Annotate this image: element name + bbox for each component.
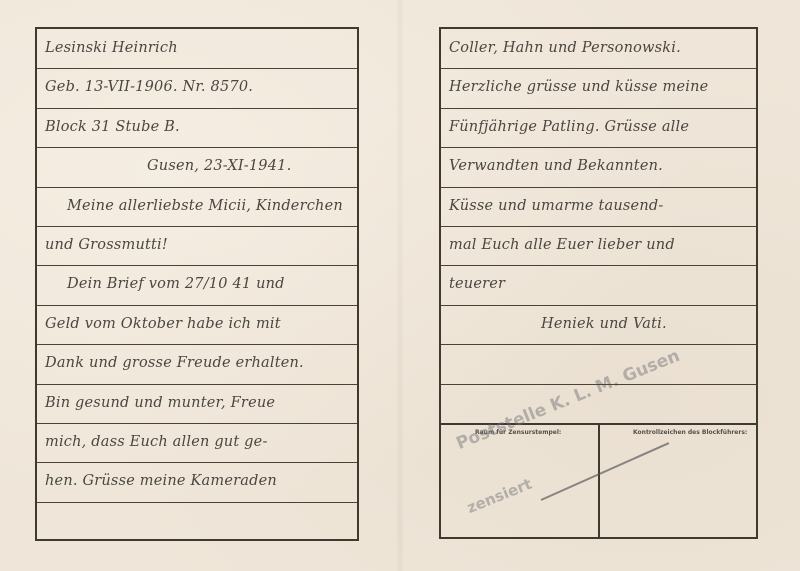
left-handwritten-line: hen. Grüsse meine Kameraden bbox=[37, 462, 357, 501]
left-handwritten-line: Dank und grosse Freude erhalten. bbox=[37, 344, 357, 383]
right-handwritten-line: teuerer bbox=[441, 265, 756, 304]
right-handwritten-line: Coller, Hahn und Personowski. bbox=[441, 29, 756, 68]
right-handwritten-line bbox=[441, 384, 756, 423]
censor-pen-stroke bbox=[541, 442, 670, 501]
block-leader-mark-label: Kontrollzeichen des Blockführers: bbox=[633, 429, 747, 436]
right-handwritten-line: Fünfjährige Patling. Grüsse alle bbox=[441, 108, 756, 147]
right-handwritten-line: Heniek und Vati. bbox=[441, 305, 756, 344]
left-handwritten-line: Gusen, 23-XI-1941. bbox=[37, 147, 357, 186]
right-handwritten-line: Herzliche grüsse und küsse meine bbox=[441, 68, 756, 107]
right-handwritten-line bbox=[441, 344, 756, 383]
censor-stamp-zensiert: zensiert bbox=[464, 475, 534, 517]
censor-box-vertical-divider bbox=[598, 423, 600, 537]
right-handwritten-line: Verwandten und Bekannten. bbox=[441, 147, 756, 186]
left-handwritten-line: Block 31 Stube B. bbox=[37, 108, 357, 147]
left-handwritten-line bbox=[37, 502, 357, 541]
left-handwritten-line: Meine allerliebste Micii, Kinderchen bbox=[37, 187, 357, 226]
left-handwritten-line: Lesinski Heinrich bbox=[37, 29, 357, 68]
left-handwritten-line: Bin gesund und munter, Freue bbox=[37, 384, 357, 423]
right-handwritten-line: mal Euch alle Euer lieber und bbox=[441, 226, 756, 265]
right-handwritten-line: Küsse und umarme tausend- bbox=[441, 187, 756, 226]
left-page-panel: Lesinski HeinrichGeb. 13-VII-1906. Nr. 8… bbox=[35, 27, 359, 541]
left-handwritten-line: mich, dass Euch allen gut ge- bbox=[37, 423, 357, 462]
left-handwritten-line: und Grossmutti! bbox=[37, 226, 357, 265]
left-handwritten-line: Geb. 13-VII-1906. Nr. 8570. bbox=[37, 68, 357, 107]
right-page-panel: Raum für Zensurstempel: Kontrollzeichen … bbox=[439, 27, 758, 539]
left-handwritten-line: Dein Brief vom 27/10 41 und bbox=[37, 265, 357, 304]
left-handwritten-line: Geld vom Oktober habe ich mit bbox=[37, 305, 357, 344]
